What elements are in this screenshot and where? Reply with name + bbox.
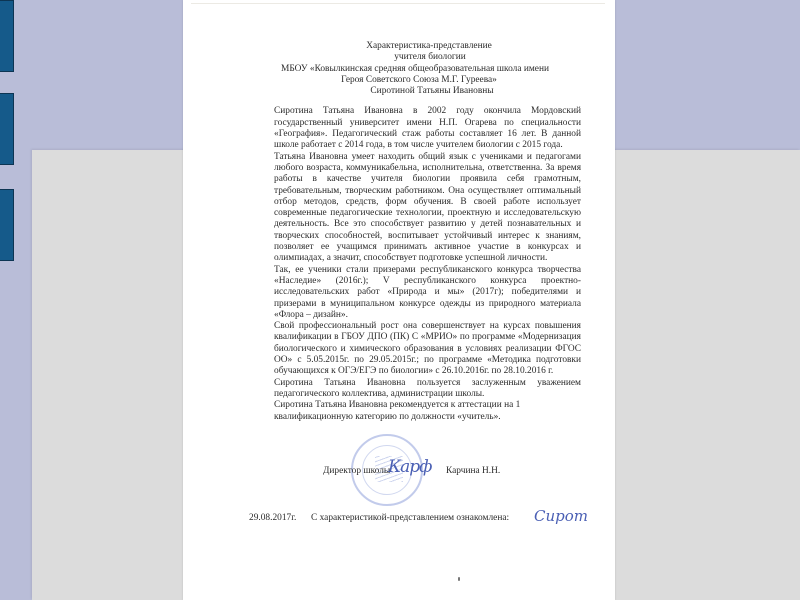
director-role: Директор школы	[323, 466, 390, 476]
paragraph-respect: Сиротина Татьяна Ивановна пользуется зас…	[249, 378, 581, 401]
document-title: Характеристика-представление	[249, 41, 581, 52]
director-handwritten-signature: Карф	[388, 457, 431, 477]
scan-edge-line	[191, 3, 605, 4]
document-date: 29.08.2017г.	[249, 513, 296, 523]
school-name-line-2: Героя Советского Союза М.Г. Гуреева»	[249, 75, 581, 86]
teacher-handwritten-signature: Сирот	[534, 507, 588, 525]
paragraph-achievements: Так, ее ученики стали призерами республи…	[249, 265, 581, 321]
paragraph-qualities: Татьяна Ивановна умеет находить общий яз…	[249, 152, 581, 265]
paragraph-professional-growth: Свой профессиональный рост она совершенс…	[249, 321, 581, 377]
scanned-document-page: Характеристика-представление учителя био…	[183, 0, 615, 600]
acknowledgement-text: С характеристикой-представлением ознаком…	[311, 513, 509, 523]
director-name: Карчина Н.Н.	[446, 466, 500, 476]
accent-bar-3	[0, 189, 14, 261]
teacher-name: Сиротиной Татьяны Ивановны	[249, 86, 581, 97]
document-subtitle: учителя биологии	[249, 52, 581, 63]
accent-bar-2	[0, 93, 14, 165]
accent-bar-1	[0, 0, 14, 72]
paragraph-recommendation: Сиротина Татьяна Ивановна рекомендуется …	[249, 400, 581, 423]
scan-artifact	[458, 577, 460, 581]
paragraph-education: Сиротина Татьяна Ивановна в 2002 году ок…	[249, 106, 581, 151]
document-body: Характеристика-представление учителя био…	[249, 41, 581, 423]
acknowledgement-row: 29.08.2017г. С характеристикой-представл…	[183, 513, 615, 533]
school-name-line-1: МБОУ «Ковылкинская средняя общеобразоват…	[249, 64, 581, 75]
director-signature-block: Директор школы Карф Карчина Н.Н.	[183, 459, 615, 489]
